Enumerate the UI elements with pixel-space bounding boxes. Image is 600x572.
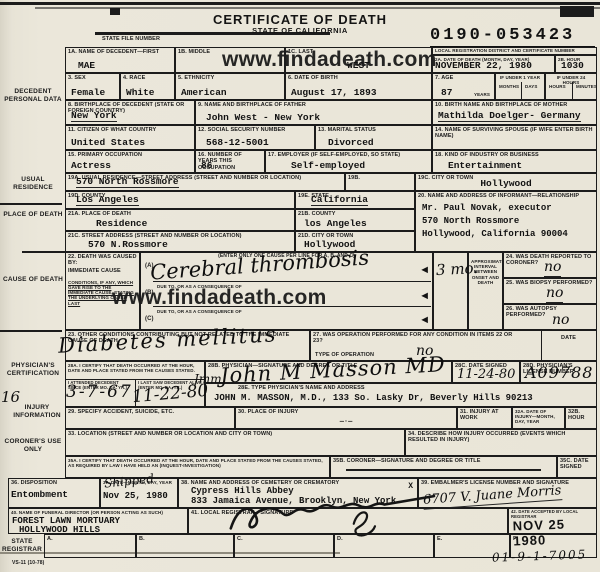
handwritten-code: 01-9-1-7005	[492, 547, 588, 564]
field-6-value: August 17, 1893	[291, 88, 377, 98]
field-28d-license-number: 28D. PHYSICIAN'S LICENSE NUMBER A09788	[520, 361, 597, 383]
registrar-cell-a-label: A.	[45, 535, 135, 543]
field-31-injury-at-work: 31. INJURY AT WORK	[457, 407, 512, 429]
field-28a-label: 28A. I CERTIFY THAT DEATH OCCURRED AT TH…	[66, 362, 204, 374]
field-11-label: 11. CITIZEN OF WHAT COUNTRY	[66, 126, 194, 134]
field-33-label: 33. LOCATION (STREET AND NUMBER OR LOCAT…	[66, 430, 404, 438]
field-2a-date-of-death: 2A. DATE OF DEATH (MONTH, DAY, YEAR) NOV…	[432, 55, 555, 73]
registrar-cell-f-label: F.	[511, 535, 596, 543]
field-1c-value: WEST	[286, 61, 431, 71]
margin-coroners-use-only: CORONER'S USE ONLY	[2, 438, 64, 454]
registrar-cell-c: C.	[234, 534, 334, 558]
field-9-value: John West - New York	[206, 113, 320, 123]
field-19c-value: Hollywood	[416, 179, 596, 189]
certificate-title: CERTIFICATE OF DEATH	[170, 12, 430, 27]
field-25-biopsy: 25. WAS BIOPSY PERFORMED? no	[503, 278, 597, 304]
field-35c-label: 35C. DATE SIGNED	[558, 457, 596, 472]
registrar-cell-e-label: E.	[435, 535, 509, 543]
form-number: VS-11 (10-78)	[10, 560, 46, 568]
field-32b-hour: 32B. HOUR	[565, 407, 597, 429]
registrar-cell-d: D.	[334, 534, 434, 558]
field-22-due-to-a: DUE TO, OR AS A CONSEQUENCE OF	[155, 283, 244, 290]
field-19c-city: 19C. CITY OR TOWN Hollywood	[415, 173, 597, 191]
field-12-label: 12. SOCIAL SECURITY NUMBER	[196, 126, 314, 134]
field-20-line2: 570 North Rossmore	[422, 216, 519, 227]
field-36-disposition: 36. DISPOSITION Entombment	[8, 478, 100, 508]
margin-cause-of-death: CAUSE OF DEATH	[2, 276, 64, 284]
registrar-cell-a: A.	[44, 534, 136, 558]
field-35c-date-signed: 35C. DATE SIGNED	[557, 456, 597, 478]
field-2b-hour: 2B. HOUR 1030	[555, 55, 597, 73]
field-22-side-note: CONDITIONS, IF ANY, WHICH GAVE RISE TO T…	[66, 279, 139, 307]
margin-handwritten-16: 16	[1, 388, 20, 406]
field-22-side-labels: 22. DEATH WAS CAUSED BY: IMMEDIATE CAUSE…	[65, 252, 140, 330]
field-7-label: 7. AGE	[433, 74, 494, 82]
field-21a-value: Residence	[96, 219, 147, 229]
field-26-label: 26. WAS AUTOPSY PERFORMED?	[504, 305, 596, 320]
margin-place-of-death: PLACE OF DEATH	[2, 211, 64, 219]
field-21a-place-of-death: 21A. PLACE OF DEATH Residence	[65, 209, 295, 231]
field-10-value: Mathilda Doelger- Germany	[438, 111, 581, 123]
field-19d-county: 19D. COUNTY Los Angeles	[65, 191, 295, 209]
field-21c-value: 570 N.Rossmore	[88, 240, 168, 250]
margin-decedent-personal-data: DECEDENT PERSONAL DATA	[2, 88, 64, 104]
field-1a-name-first: 1A. NAME OF DECEDENT—FIRST MAE	[65, 47, 175, 73]
margin-state-registrar: STATE REGISTRAR	[0, 538, 44, 554]
field-30-label: 30. PLACE OF INJURY	[236, 408, 456, 416]
field-33-location: 33. LOCATION (STREET AND NUMBER OR LOCAT…	[65, 429, 405, 456]
field-14-surviving-spouse: 14. NAME OF SURVIVING SPOUSE (IF WIFE EN…	[432, 125, 597, 150]
field-20-line1: Mr. Paul Novak, executor	[422, 203, 552, 214]
field-18-value: Entertainment	[448, 161, 522, 171]
certificate-paper: CERTIFICATE OF DEATH STATE OF CALIFORNIA…	[0, 0, 600, 572]
field-7h-col1: HOURS	[547, 83, 568, 90]
field-25-value: no	[546, 285, 563, 303]
field-15-label: 15. PRIMARY OCCUPATION	[66, 151, 194, 159]
field-7m-col1: MONTHS	[497, 83, 521, 90]
field-7-value: 87	[441, 88, 452, 98]
field-28c-value: 11-24-80	[457, 367, 515, 382]
field-7m-divider	[521, 82, 522, 99]
scan-artifact-blob-right	[560, 6, 594, 17]
field-1a-value: MAE	[78, 61, 95, 71]
field-5-ethnicity: 5. ETHNICITY American	[175, 73, 285, 100]
field-34-describe-injury: 34. DESCRIBE HOW INJURY OCCURRED (EVENTS…	[405, 429, 597, 456]
certificate-subtitle: STATE OF CALIFORNIA	[170, 26, 430, 35]
field-28c-date-signed: 28C. DATE SIGNED 11-24-80	[452, 361, 520, 383]
field-24-reported-to-coroner: 24. WAS DEATH REPORTED TO CORONER? no	[503, 252, 597, 278]
field-19a-value: 570 North Rossmore	[76, 177, 179, 189]
field-22-line-b: (B)	[143, 289, 156, 298]
field-8-value: New York	[71, 111, 117, 123]
field-1b-middle: 1B. MIDDLE	[175, 47, 285, 73]
arrowhead-a-icon: ◄	[419, 265, 430, 276]
field-36-label: 36. DISPOSITION	[9, 479, 99, 487]
margin-injury-information: INJURY INFORMATION	[6, 404, 68, 420]
field-22-due-to-b: DUE TO, OR AS A CONSEQUENCE OF	[155, 308, 244, 315]
field-30-value: —·—	[236, 419, 456, 426]
field-32a-date-of-injury: 32A. DATE OF INJURY—MONTH, DAY, YEAR	[512, 407, 565, 429]
field-6-label: 6. DATE OF BIRTH	[286, 74, 431, 82]
local-registration-district-label: LOCAL REGISTRATION DISTRICT AND CERTIFIC…	[433, 48, 596, 54]
field-18-label: 18. KIND OF INDUSTRY OR BUSINESS	[433, 151, 596, 159]
state-file-number-label: STATE FILE NUMBER	[100, 35, 162, 43]
field-40-funeral-director: 40. NAME OF FUNERAL DIRECTOR (OR PERSON …	[8, 508, 188, 534]
field-14-label: 14. NAME OF SURVIVING SPOUSE (IF WIFE EN…	[433, 126, 596, 141]
field-16-years-occupation: 16. NUMBER OF YEARS THIS OCCUPATION 86	[195, 150, 265, 173]
field-7-under-1-year: IF UNDER 1 YEAR MONTHS DAYS	[495, 73, 545, 100]
field-12-value: 568-12-5001	[206, 138, 269, 148]
field-35a-label: 35A. I CERTIFY THAT DEATH OCCURRED AT TH…	[66, 457, 329, 469]
margin-usual-residence: USUAL RESIDENCE	[2, 176, 64, 192]
field-3-sex: 3. SEX Female	[65, 73, 120, 100]
field-7h-divider	[572, 82, 573, 99]
field-28e-typed-physician: 28E. TYPE PHYSICIAN'S NAME AND ADDRESS J…	[205, 383, 597, 407]
registrar-cell-b-label: B.	[137, 535, 233, 543]
margin-rule-1	[0, 203, 62, 205]
field-1c-last: 1C. LAST WEST	[285, 47, 432, 73]
field-19e-value: California	[311, 195, 368, 207]
certificate-number-stamp: 0190-053423	[430, 26, 595, 48]
field-4-value: White	[126, 88, 155, 98]
field-21b-value: los Angeles	[304, 219, 367, 229]
field-10-mother: 10. BIRTH NAME AND BIRTHPLACE OF MOTHER …	[432, 100, 597, 125]
field-20-label: 20. NAME AND ADDRESS OF INFORMANT—RELATI…	[416, 192, 596, 200]
field-31-label: 31. INJURY AT WORK	[458, 408, 511, 423]
field-30-place-of-injury: 30. PLACE OF INJURY —·—	[235, 407, 457, 429]
field-27-label: 27. WAS OPERATION PERFORMED FOR ANY COND…	[311, 331, 515, 346]
field-7-under-24-hours: IF UNDER 24 HOURS HOURS MINUTES	[545, 73, 597, 100]
field-37-value: Nov 25, 1980	[103, 492, 168, 501]
arrowhead-b-icon: ◄	[419, 291, 430, 302]
field-15-value: Actress	[71, 161, 111, 171]
field-8-birthplace: 8. BIRTHPLACE OF DECEDENT (STATE OR FORE…	[65, 100, 195, 125]
field-19d-value: Los Angeles	[76, 195, 139, 207]
field-22-sublabel: IMMEDIATE CAUSE	[66, 268, 139, 275]
field-13-value: Divorced	[328, 138, 374, 148]
field-11-citizen: 11. CITIZEN OF WHAT COUNTRY United State…	[65, 125, 195, 150]
margin-rule-2	[22, 251, 65, 253]
field-12-ssn: 12. SOCIAL SECURITY NUMBER 568-12-5001	[195, 125, 315, 150]
field-11-value: United States	[71, 138, 145, 148]
field-17-value: Self-employed	[291, 161, 365, 171]
field-16-value: 86	[201, 161, 212, 171]
field-7m-col2: DAYS	[523, 83, 540, 90]
field-9-father: 9. NAME AND BIRTHPLACE OF FATHER John We…	[195, 100, 432, 125]
arrowhead-c-icon: ◄	[419, 315, 430, 326]
interval-handwriting: 3 mo.	[436, 259, 479, 279]
field-17-employer: 17. EMPLOYER (IF SELF-EMPLOYED, SO STATE…	[265, 150, 432, 173]
coroner-signature-blank-line	[346, 469, 541, 471]
field-24-value: no	[544, 259, 561, 277]
field-19b: 19B.	[345, 173, 415, 191]
field-32a-label: 32A. DATE OF INJURY—MONTH, DAY, YEAR	[513, 408, 564, 426]
field-3-value: Female	[71, 88, 105, 98]
field-29-label: 29. SPECIFY ACCIDENT, SUICIDE, ETC.	[66, 408, 234, 416]
scan-artifact-top-line	[0, 2, 600, 5]
field-7m-label: IF UNDER 1 YEAR	[496, 74, 544, 81]
field-35b-label: 35B. CORONER—SIGNATURE AND DEGREE OR TIT…	[331, 457, 556, 465]
field-7-unit: YEARS	[472, 91, 492, 98]
field-42-date-accepted: 42. DATE ACCEPTED BY LOCAL REGISTRAR NOV…	[508, 508, 597, 534]
margin-physicians-certification: PHYSICIAN'S CERTIFICATION	[2, 362, 64, 378]
field-13-marital-status: 13. MARITAL STATUS Divorced	[315, 125, 432, 150]
field-1a-label: 1A. NAME OF DECEDENT—FIRST	[66, 48, 174, 56]
field-22-label: 22. DEATH WAS CAUSED BY:	[66, 253, 139, 268]
field-7-age: 7. AGE 87 YEARS	[432, 73, 495, 100]
field-19b-label: 19B.	[346, 174, 414, 182]
field-13-label: 13. MARITAL STATUS	[316, 126, 431, 134]
registrar-cell-c-label: C.	[235, 535, 333, 543]
field-29-specify-accident: 29. SPECIFY ACCIDENT, SUICIDE, ETC.	[65, 407, 235, 429]
field-27-date-divider	[541, 331, 542, 360]
field-22-line-c: (C)	[143, 315, 156, 324]
field-5-value: American	[181, 88, 227, 98]
field-26-autopsy: 26. WAS AUTOPSY PERFORMED? no	[503, 304, 597, 330]
death-certificate-scan: { "header": { "title": "CERTIFICATE OF D…	[0, 0, 600, 572]
field-19a-residence-street: 19A. USUAL RESIDENCE—STREET ADDRESS (STR…	[65, 173, 345, 191]
field-27-date-label: DATE	[559, 334, 578, 342]
margin-rule-3	[0, 330, 62, 332]
registrar-cell-d-label: D.	[335, 535, 433, 543]
field-6-date-of-birth: 6. DATE OF BIRTH August 17, 1893	[285, 73, 432, 100]
field-32b-label: 32B. HOUR	[566, 408, 596, 423]
field-2b-value: 1030	[561, 61, 584, 71]
field-17-label: 17. EMPLOYER (IF SELF-EMPLOYED, SO STATE…	[266, 151, 431, 159]
field-4-label: 4. RACE	[121, 74, 174, 82]
field-4-race: 4. RACE White	[120, 73, 175, 100]
field-21c-street: 21C. STREET ADDRESS (STREET AND NUMBER O…	[65, 231, 295, 252]
field-34-label: 34. DESCRIBE HOW INJURY OCCURRED (EVENTS…	[406, 430, 596, 445]
field-28e-value: JOHN M. MASSON, M.D., 133 So. Lasky Dr, …	[214, 394, 533, 403]
field-1b-label: 1B. MIDDLE	[176, 48, 284, 56]
local-registration-district-label-cell: LOCAL REGISTRATION DISTRICT AND CERTIFIC…	[432, 47, 597, 55]
field-20-line3: Hollywood, California 90004	[422, 229, 568, 240]
field-3-label: 3. SEX	[66, 74, 119, 82]
field-36-value: Entombment	[11, 490, 68, 500]
field-21b-county: 21B. COUNTY los Angeles	[295, 209, 415, 231]
field-2a-value: NOVEMBER 22, 1980	[435, 61, 532, 71]
field-5-label: 5. ETHNICITY	[176, 74, 284, 82]
field-20-informant: 20. NAME AND ADDRESS OF INFORMANT—RELATI…	[415, 191, 597, 252]
physician-initials-handwriting: Jmm	[194, 372, 222, 386]
scan-artifact-mark-left	[110, 8, 120, 15]
field-10-label: 10. BIRTH NAME AND BIRTHPLACE OF MOTHER	[433, 101, 596, 109]
field-28e-label: 28E. TYPE PHYSICIAN'S NAME AND ADDRESS	[236, 384, 596, 392]
field-35a-coroner-certification: 35A. I CERTIFY THAT DEATH OCCURRED AT TH…	[65, 456, 330, 478]
field-1c-label: 1C. LAST	[286, 48, 431, 56]
registrar-cell-b: B.	[136, 534, 234, 558]
field-35b-coroner-signature: 35B. CORONER—SIGNATURE AND DEGREE OR TIT…	[330, 456, 557, 478]
field-7h-col2: MINUTES	[574, 83, 599, 90]
field-28d-value: A09788	[525, 363, 593, 384]
field-15-occupation: 15. PRIMARY OCCUPATION Actress	[65, 150, 195, 173]
field-26-value: no	[552, 312, 569, 330]
field-19e-state: 19E. STATE California	[295, 191, 415, 209]
field-18-industry: 18. KIND OF INDUSTRY OR BUSINESS Enterta…	[432, 150, 597, 173]
field-9-label: 9. NAME AND BIRTHPLACE OF FATHER	[196, 101, 431, 109]
attended-since-handwriting: 3-7-67	[66, 382, 133, 402]
